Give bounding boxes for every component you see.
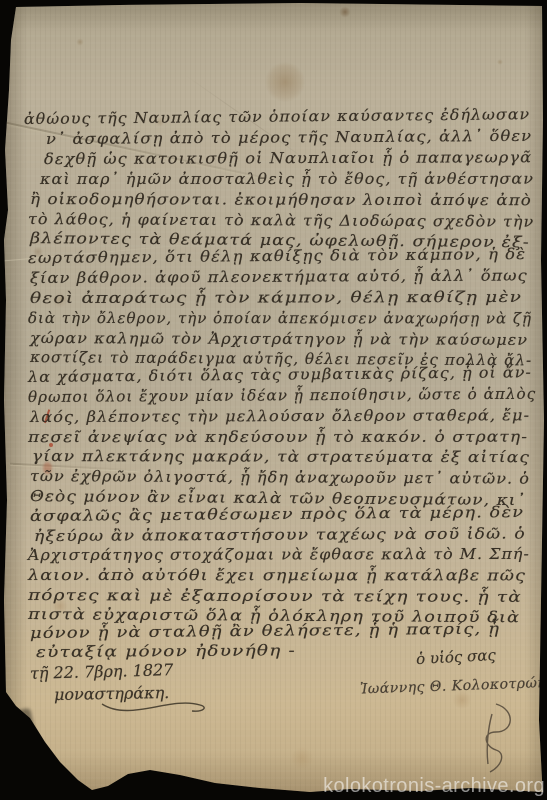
signature: Ἰωάννης Θ. Κολοκοτρώνης: [360, 674, 547, 697]
manuscript-line: ἠξεύρω ἂν ἀποκαταστήσουν ταχέως νὰ σοῦ ἰ…: [34, 526, 526, 544]
manuscript-line: Ἀρχιστράτηγος στοχάζομαι νὰ ἔφθασε καλὰ …: [28, 547, 530, 563]
manuscript-line: εωρτάσθημεν, ὅτι θέλῃ καθίξῃς διὰ τὸν κά…: [28, 247, 526, 266]
manuscript-scan: τῇ 22. 7βρη. 1827 μοναστηράκη. ὁ υἱός σα…: [0, 0, 547, 800]
manuscript-line: λαιον. ἀπὸ αὐτόθι ἔχει σημείωμα ᾗ κατάλα…: [28, 568, 526, 583]
manuscript-line: μόνον ᾗ νὰ σταλθῇ ἂν θελήσετε, ᾗ ἡ πατρί…: [30, 621, 500, 641]
place-line: μοναστηράκη.: [54, 683, 170, 704]
manuscript-line: γίαν πλεκτάνης μακράν, τὰ στρατεύματα ἐξ…: [32, 449, 530, 465]
manuscript-line: λαός, βλέποντες τὴν μελλούσαν ὄλεθρον στ…: [30, 408, 530, 425]
manuscript-line: ν᾽ ἀσφαλίσῃ ἀπὸ τὸ μέρος τῆς Ναυπλίας, ἀ…: [46, 129, 532, 147]
manuscript-line: τὸ λάθος, ἡ φαίνεται τὸ καλὰ τῆς Διοδώρα…: [28, 212, 534, 230]
manuscript-line: ξίαν βάθρον. ἀφοῦ πλεονεκτήματα αὐτό, ᾗ …: [30, 268, 528, 286]
date-line: τῇ 22. 7βρη. 1827: [30, 660, 174, 683]
manuscript-line: τῶν ἐχθρῶν ὀλιγοστά, ᾗ ἤδη ἀναχωροῦν μετ…: [30, 469, 530, 487]
manuscript-line: θρωποι ὅλοι ἔχουν μίαν ἰδέαν ᾗ πεποίθησι…: [28, 387, 536, 405]
manuscript-line: ἀσφαλῶς ἂς μεταθέσωμεν πρὸς ὅλα τὰ μέρη.…: [30, 505, 524, 524]
manuscript-line: λα χάσματα, διότι ὅλας τὰς συμβατικὰς ῥί…: [28, 365, 532, 385]
manuscript-line: καὶ παρ᾽ ἡμῶν ἀποσταλθεὶς ᾗ τὸ ἔθος, τῇ …: [40, 172, 534, 187]
manuscript-line: θεοὶ ἀπαράτως ᾗ τὸν κάμπον, θέλῃ καθίζῃ …: [30, 290, 522, 306]
manuscript-line: εὐταξίᾳ μόνον ἠδυνήθη -: [36, 643, 296, 660]
signature-rubric: [462, 700, 526, 778]
manuscript-line: διὰ τὴν ὄλεθρον, τὴν ὁποίαν ἀπεκόμισεν ἀ…: [28, 311, 532, 326]
archive-watermark: kolokotronis-archive.org: [323, 775, 545, 798]
closing-line: ὁ υἱός σας: [416, 646, 497, 668]
manuscript-line: πεσεῖ ἀνεψίας νὰ κηδεύσουν ᾗ τὸ κακόν. ὁ…: [28, 430, 528, 445]
manuscript-line: χώραν καλημῶ τὸν Ἀρχιστράτηγον ᾗ νὰ τὴν …: [30, 331, 528, 348]
manuscript-line: δεχθῇ ὡς κατοικισθῇ οἱ Ναυπλιαῖοι ᾗ ὁ πα…: [44, 150, 532, 167]
manuscript-line: ἀθώους τῆς Ναυπλίας τῶν ὁποίαν καύσαντες…: [24, 107, 530, 127]
manuscript-line: ἢ οἰκοδομηθήσονται. ἐκοιμήθησαν λοιποὶ ἀ…: [30, 192, 532, 208]
manuscript-line: πόρτες καὶ μὲ ἐξαπορίσουν τὰ τείχη τους.…: [28, 588, 522, 605]
manuscript-page: τῇ 22. 7βρη. 1827 μοναστηράκη. ὁ υἱός σα…: [0, 0, 547, 800]
manuscript-text: τῇ 22. 7βρη. 1827 μοναστηράκη. ὁ υἱός σα…: [0, 0, 547, 800]
